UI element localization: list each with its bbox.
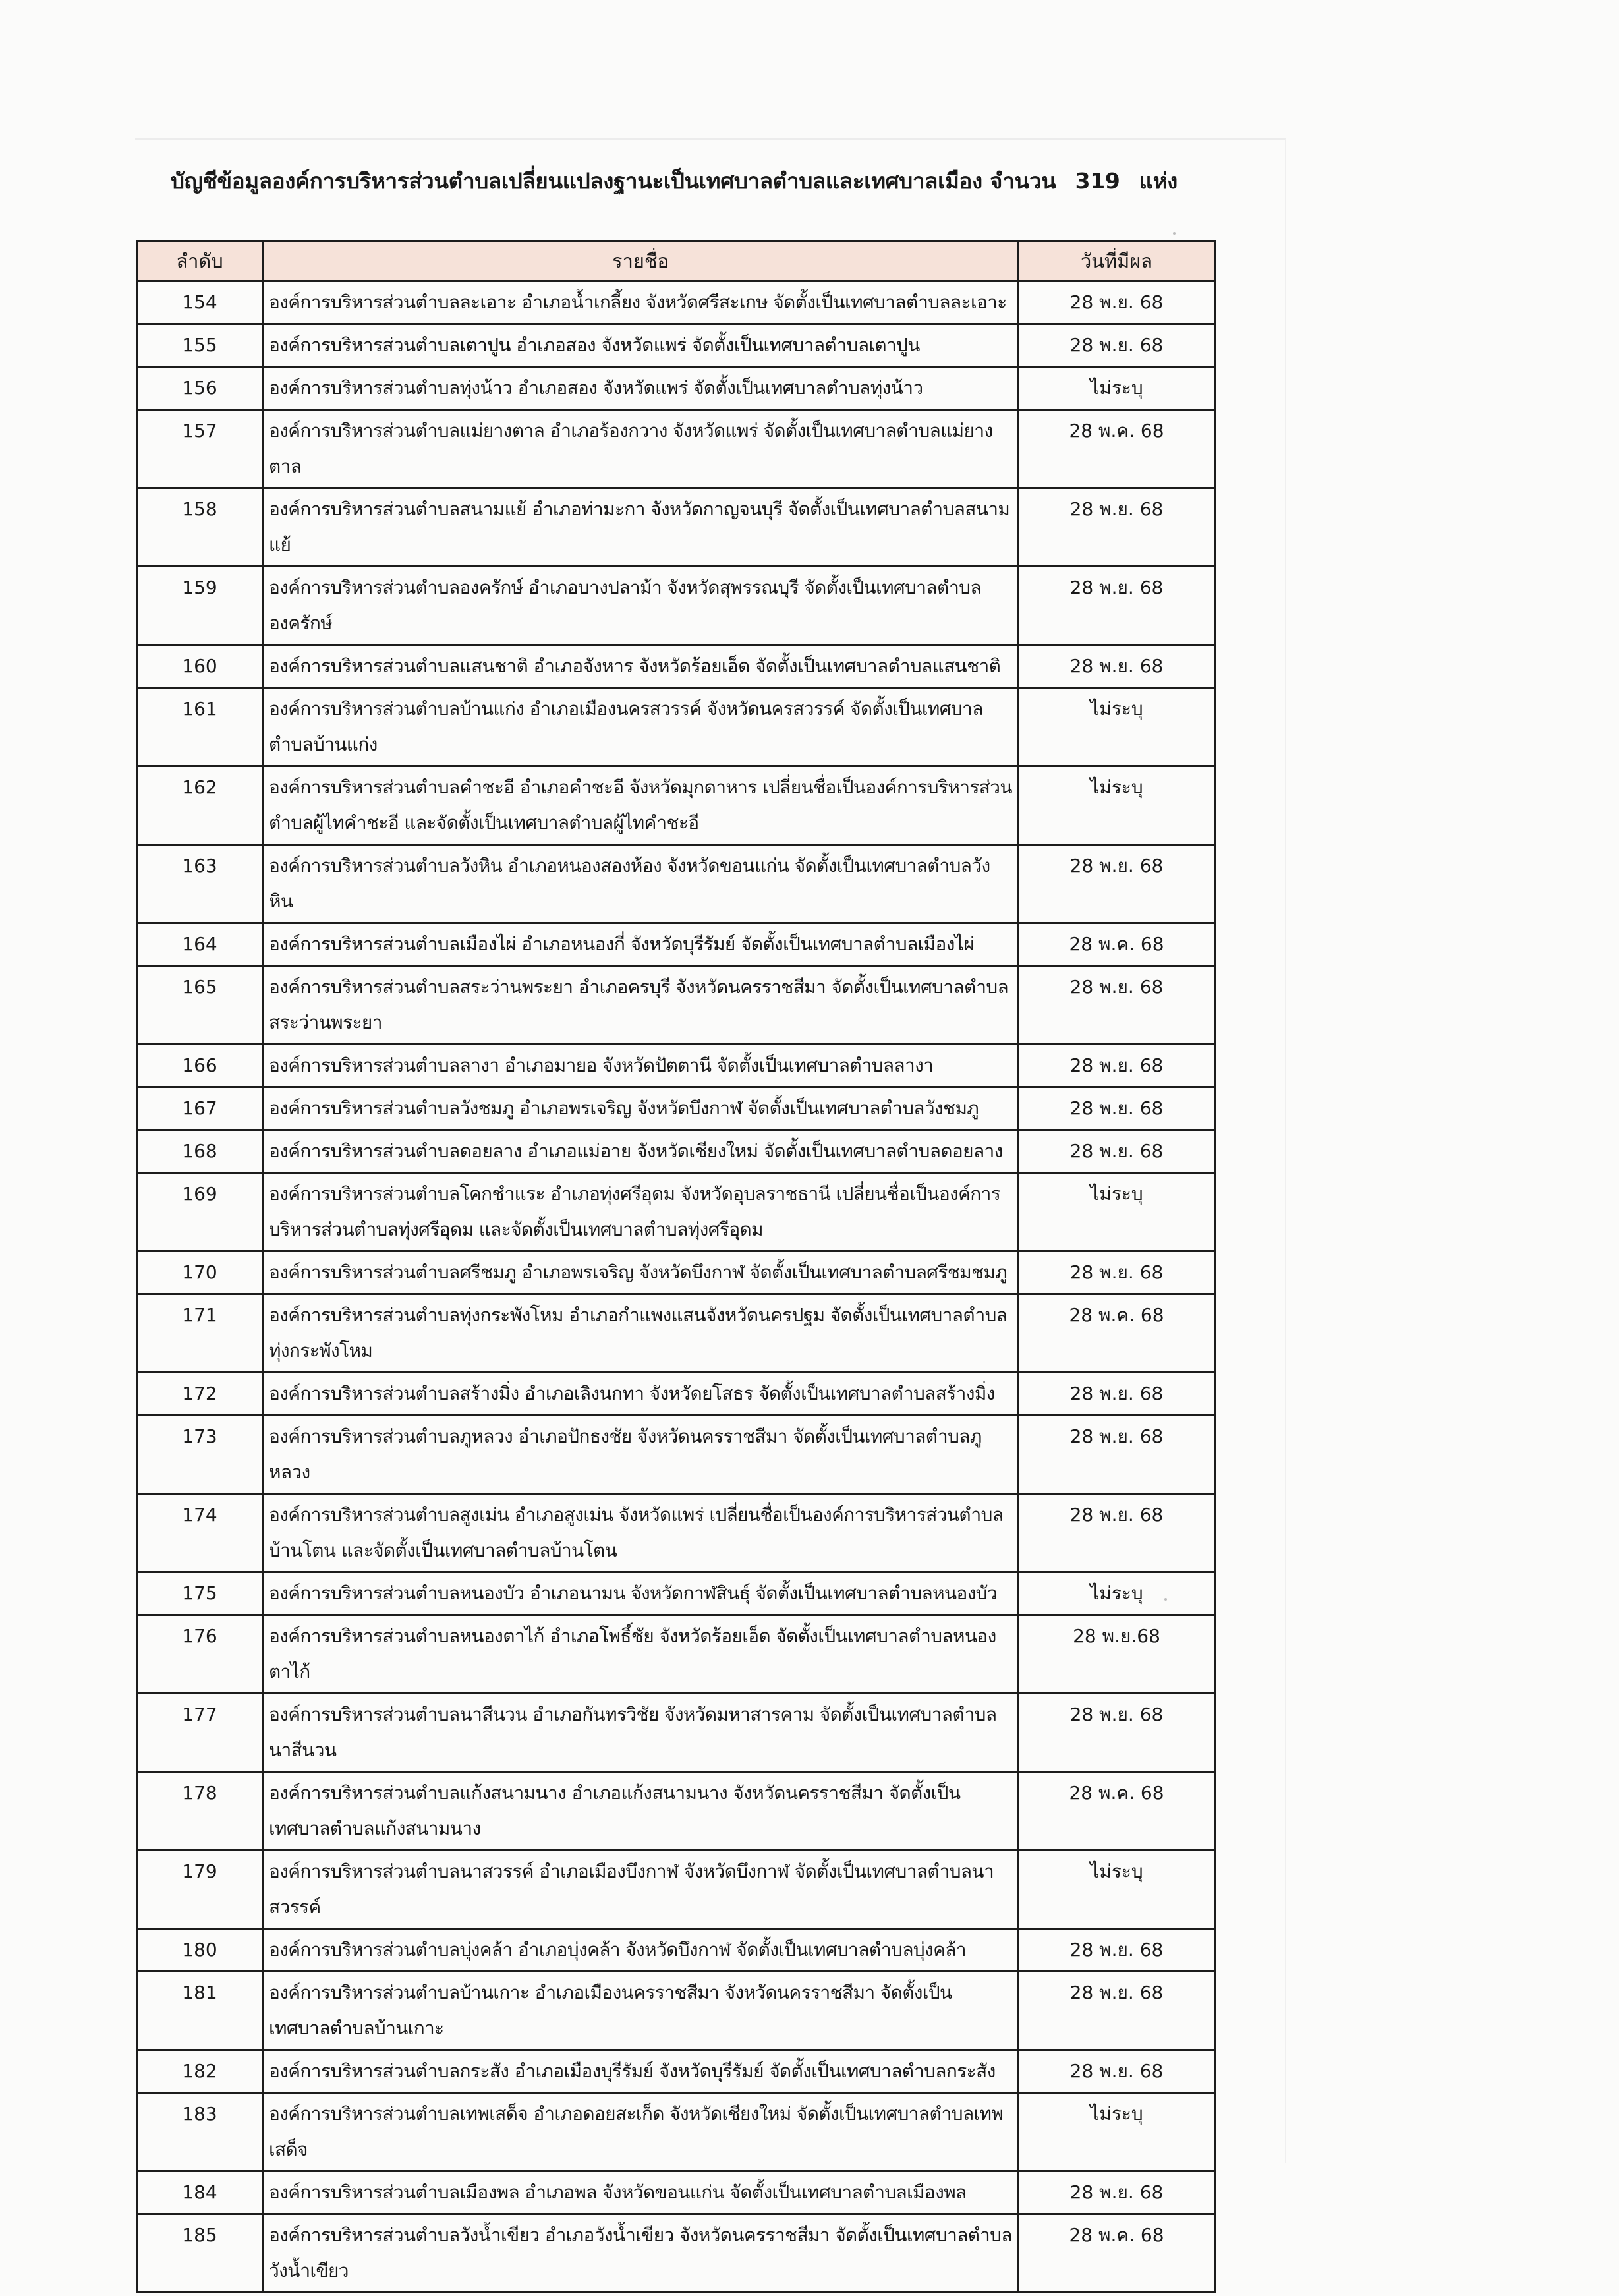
row-effective-date: 28 พ.ย. 68 [1019, 966, 1215, 1045]
row-name: องค์การบริหารส่วนตำบลบ้านเกาะ อำเภอเมือง… [263, 1972, 1019, 2050]
table-row: 180 องค์การบริหารส่วนตำบลบุ่งคล้า อำเภอบ… [137, 1929, 1215, 1972]
table-row: 176 องค์การบริหารส่วนตำบลหนองตาไก้ อำเภอ… [137, 1615, 1215, 1694]
row-effective-date: ไม่ระบุ [1019, 1851, 1215, 1929]
row-effective-date: 28 พ.ย. 68 [1019, 281, 1215, 324]
title-suffix: แห่ง [1139, 168, 1178, 194]
row-number: 157 [137, 410, 263, 488]
row-effective-date: 28 พ.ย. 68 [1019, 1494, 1215, 1572]
row-effective-date: 28 พ.ย. 68 [1019, 1929, 1215, 1972]
row-number: 172 [137, 1373, 263, 1416]
row-name: องค์การบริหารส่วนตำบลเตาปูน อำเภอสอง จัง… [263, 324, 1019, 367]
row-effective-date: 28 พ.ย.68 [1019, 1615, 1215, 1694]
table-row: 184 องค์การบริหารส่วนตำบลเมืองพล อำเภอพล… [137, 2171, 1215, 2214]
table-row: 179 องค์การบริหารส่วนตำบลนาสวรรค์ อำเภอเ… [137, 1851, 1215, 1929]
table-row: 177 องค์การบริหารส่วนตำบลนาสีนวน อำเภอกั… [137, 1694, 1215, 1772]
row-name: องค์การบริหารส่วนตำบลละเอาะ อำเภอน้ำเกลี… [263, 281, 1019, 324]
row-name: องค์การบริหารส่วนตำบลนาสีนวน อำเภอกันทรว… [263, 1694, 1019, 1772]
row-number: 184 [137, 2171, 263, 2214]
row-name: องค์การบริหารส่วนตำบลโคกชำแระ อำเภอทุ่งศ… [263, 1173, 1019, 1251]
row-effective-date: 28 พ.ย. 68 [1019, 324, 1215, 367]
scan-speck [1173, 232, 1176, 235]
table-row: 167 องค์การบริหารส่วนตำบลวังชมภู อำเภอพร… [137, 1087, 1215, 1130]
table-row: 173 องค์การบริหารส่วนตำบลภูหลวง อำเภอปัก… [137, 1416, 1215, 1494]
row-number: 162 [137, 766, 263, 845]
row-name: องค์การบริหารส่วนตำบลเทพเสด็จ อำเภอดอยสะ… [263, 2093, 1019, 2171]
row-number: 164 [137, 923, 263, 966]
table-row: 163 องค์การบริหารส่วนตำบลวังหิน อำเภอหนอ… [137, 845, 1215, 923]
row-name: องค์การบริหารส่วนตำบลบ้านแก่ง อำเภอเมือง… [263, 688, 1019, 766]
table-row: 178 องค์การบริหารส่วนตำบลแก้งสนามนาง อำเ… [137, 1772, 1215, 1851]
table-row: 181 องค์การบริหารส่วนตำบลบ้านเกาะ อำเภอเ… [137, 1972, 1215, 2050]
row-name: องค์การบริหารส่วนตำบลวังชมภู อำเภอพรเจริ… [263, 1087, 1019, 1130]
column-header-name: รายชื่อ [263, 241, 1019, 281]
row-number: 165 [137, 966, 263, 1045]
table-row: 155 องค์การบริหารส่วนตำบลเตาปูน อำเภอสอง… [137, 324, 1215, 367]
row-number: 167 [137, 1087, 263, 1130]
column-header-date: วันที่มีผล [1019, 241, 1215, 281]
row-number: 158 [137, 488, 263, 567]
table-row: 164 องค์การบริหารส่วนตำบลเมืองไผ่ อำเภอห… [137, 923, 1215, 966]
table-row: 182 องค์การบริหารส่วนตำบลกระสัง อำเภอเมื… [137, 2050, 1215, 2093]
row-effective-date: 28 พ.ค. 68 [1019, 410, 1215, 488]
table-row: 170 องค์การบริหารส่วนตำบลศรีชมภู อำเภอพร… [137, 1251, 1215, 1294]
row-number: 177 [137, 1694, 263, 1772]
table-row: 158 องค์การบริหารส่วนตำบลสนามแย้ อำเภอท่… [137, 488, 1215, 567]
table-row: 171 องค์การบริหารส่วนตำบลทุ่งกระพังโหม อ… [137, 1294, 1215, 1373]
row-name: องค์การบริหารส่วนตำบลบุ่งคล้า อำเภอบุ่งค… [263, 1929, 1019, 1972]
row-number: 161 [137, 688, 263, 766]
row-effective-date: 28 พ.ย. 68 [1019, 1694, 1215, 1772]
table-row: 165 องค์การบริหารส่วนตำบลสระว่านพระยา อำ… [137, 966, 1215, 1045]
row-number: 159 [137, 567, 263, 645]
row-name: องค์การบริหารส่วนตำบลวังน้ำเขียว อำเภอวั… [263, 2214, 1019, 2293]
scan-speck [1164, 1598, 1167, 1601]
row-effective-date: ไม่ระบุ [1019, 766, 1215, 845]
row-number: 171 [137, 1294, 263, 1373]
table-row: 156 องค์การบริหารส่วนตำบลทุ่งน้าว อำเภอส… [137, 367, 1215, 410]
row-number: 169 [137, 1173, 263, 1251]
row-effective-date: ไม่ระบุ [1019, 688, 1215, 766]
title-count: 319 [1075, 168, 1120, 194]
row-name: องค์การบริหารส่วนตำบลเมืองไผ่ อำเภอหนองก… [263, 923, 1019, 966]
row-name: องค์การบริหารส่วนตำบลศรีชมภู อำเภอพรเจริ… [263, 1251, 1019, 1294]
row-effective-date: 28 พ.ย. 68 [1019, 845, 1215, 923]
row-effective-date: 28 พ.ย. 68 [1019, 1130, 1215, 1173]
row-number: 180 [137, 1929, 263, 1972]
row-effective-date: 28 พ.ค. 68 [1019, 1294, 1215, 1373]
row-number: 160 [137, 645, 263, 688]
row-effective-date: ไม่ระบุ [1019, 1173, 1215, 1251]
document-title: บัญชีข้อมูลองค์การบริหารส่วนตำบลเปลี่ยนแ… [136, 163, 1212, 198]
row-number: 170 [137, 1251, 263, 1294]
row-name: องค์การบริหารส่วนตำบลแม่ยางตาล อำเภอร้อง… [263, 410, 1019, 488]
title-prefix: บัญชีข้อมูลองค์การบริหารส่วนตำบลเปลี่ยนแ… [171, 168, 1056, 194]
row-number: 176 [137, 1615, 263, 1694]
row-name: องค์การบริหารส่วนตำบลหนองบัว อำเภอนามน จ… [263, 1572, 1019, 1615]
row-name: องค์การบริหารส่วนตำบลหนองตาไก้ อำเภอโพธิ… [263, 1615, 1019, 1694]
row-name: องค์การบริหารส่วนตำบลแสนชาติ อำเภอจังหาร… [263, 645, 1019, 688]
row-number: 156 [137, 367, 263, 410]
row-number: 155 [137, 324, 263, 367]
row-number: 181 [137, 1972, 263, 2050]
row-effective-date: 28 พ.ค. 68 [1019, 923, 1215, 966]
row-number: 183 [137, 2093, 263, 2171]
row-name: องค์การบริหารส่วนตำบลทุ่งกระพังโหม อำเภอ… [263, 1294, 1019, 1373]
table-row: 183 องค์การบริหารส่วนตำบลเทพเสด็จ อำเภอด… [137, 2093, 1215, 2171]
row-effective-date: ไม่ระบุ [1019, 2093, 1215, 2171]
row-number: 185 [137, 2214, 263, 2293]
row-name: องค์การบริหารส่วนตำบลลางา อำเภอมายอ จังห… [263, 1045, 1019, 1087]
row-name: องค์การบริหารส่วนตำบลภูหลวง อำเภอปักธงชั… [263, 1416, 1019, 1494]
row-name: องค์การบริหารส่วนตำบลสระว่านพระยา อำเภอค… [263, 966, 1019, 1045]
table-row: 174 องค์การบริหารส่วนตำบลสูงเม่น อำเภอสู… [137, 1494, 1215, 1572]
row-number: 168 [137, 1130, 263, 1173]
table-row: 169 องค์การบริหารส่วนตำบลโคกชำแระ อำเภอท… [137, 1173, 1215, 1251]
row-effective-date: 28 พ.ย. 68 [1019, 1045, 1215, 1087]
row-name: องค์การบริหารส่วนตำบลสร้างมิ่ง อำเภอเลิง… [263, 1373, 1019, 1416]
table-row: 175 องค์การบริหารส่วนตำบลหนองบัว อำเภอนา… [137, 1572, 1215, 1615]
row-effective-date: 28 พ.ย. 68 [1019, 1373, 1215, 1416]
row-name: องค์การบริหารส่วนตำบลองครักษ์ อำเภอบางปล… [263, 567, 1019, 645]
row-number: 166 [137, 1045, 263, 1087]
row-effective-date: 28 พ.ย. 68 [1019, 1416, 1215, 1494]
table-row: 161 องค์การบริหารส่วนตำบลบ้านแก่ง อำเภอเ… [137, 688, 1215, 766]
row-name: องค์การบริหารส่วนตำบลทุ่งน้าว อำเภอสอง จ… [263, 367, 1019, 410]
row-name: องค์การบริหารส่วนตำบลเมืองพล อำเภอพล จัง… [263, 2171, 1019, 2214]
row-effective-date: ไม่ระบุ [1019, 367, 1215, 410]
row-name: องค์การบริหารส่วนตำบลคำชะอี อำเภอคำชะอี … [263, 766, 1019, 845]
row-number: 173 [137, 1416, 263, 1494]
row-effective-date: 28 พ.ค. 68 [1019, 1772, 1215, 1851]
table-row: 159 องค์การบริหารส่วนตำบลองครักษ์ อำเภอบ… [137, 567, 1215, 645]
row-name: องค์การบริหารส่วนตำบลนาสวรรค์ อำเภอเมือง… [263, 1851, 1019, 1929]
row-effective-date: 28 พ.ย. 68 [1019, 2171, 1215, 2214]
table-row: 185 องค์การบริหารส่วนตำบลวังน้ำเขียว อำเ… [137, 2214, 1215, 2293]
row-name: องค์การบริหารส่วนตำบลสนามแย้ อำเภอท่ามะก… [263, 488, 1019, 567]
row-number: 178 [137, 1772, 263, 1851]
table-row: 162 องค์การบริหารส่วนตำบลคำชะอี อำเภอคำช… [137, 766, 1215, 845]
row-name: องค์การบริหารส่วนตำบลวังหิน อำเภอหนองสอง… [263, 845, 1019, 923]
row-name: องค์การบริหารส่วนตำบลแก้งสนามนาง อำเภอแก… [263, 1772, 1019, 1851]
row-effective-date: 28 พ.ย. 68 [1019, 1251, 1215, 1294]
table-header-row: ลำดับ รายชื่อ วันที่มีผล [137, 241, 1215, 281]
row-number: 182 [137, 2050, 263, 2093]
row-number: 175 [137, 1572, 263, 1615]
column-header-no: ลำดับ [137, 241, 263, 281]
row-number: 163 [137, 845, 263, 923]
table-row: 168 องค์การบริหารส่วนตำบลดอยลาง อำเภอแม่… [137, 1130, 1215, 1173]
row-effective-date: 28 พ.ย. 68 [1019, 1087, 1215, 1130]
row-effective-date: 28 พ.ค. 68 [1019, 2214, 1215, 2293]
row-effective-date: 28 พ.ย. 68 [1019, 567, 1215, 645]
table-row: 166 องค์การบริหารส่วนตำบลลางา อำเภอมายอ … [137, 1045, 1215, 1087]
row-name: องค์การบริหารส่วนตำบลสูงเม่น อำเภอสูงเม่… [263, 1494, 1019, 1572]
row-effective-date: ไม่ระบุ [1019, 1572, 1215, 1615]
row-effective-date: 28 พ.ย. 68 [1019, 645, 1215, 688]
table-row: 157 องค์การบริหารส่วนตำบลแม่ยางตาล อำเภอ… [137, 410, 1215, 488]
row-name: องค์การบริหารส่วนตำบลดอยลาง อำเภอแม่อาย … [263, 1130, 1019, 1173]
row-effective-date: 28 พ.ย. 68 [1019, 2050, 1215, 2093]
table-row: 172 องค์การบริหารส่วนตำบลสร้างมิ่ง อำเภอ… [137, 1373, 1215, 1416]
table-row: 154 องค์การบริหารส่วนตำบลละเอาะ อำเภอน้ำ… [137, 281, 1215, 324]
row-effective-date: 28 พ.ย. 68 [1019, 1972, 1215, 2050]
municipality-table: ลำดับ รายชื่อ วันที่มีผล 154 องค์การบริห… [136, 240, 1216, 2293]
table-row: 160 องค์การบริหารส่วนตำบลแสนชาติ อำเภอจั… [137, 645, 1215, 688]
row-number: 179 [137, 1851, 263, 1929]
row-number: 154 [137, 281, 263, 324]
row-effective-date: 28 พ.ย. 68 [1019, 488, 1215, 567]
row-number: 174 [137, 1494, 263, 1572]
row-name: องค์การบริหารส่วนตำบลกระสัง อำเภอเมืองบุ… [263, 2050, 1019, 2093]
table-body: 154 องค์การบริหารส่วนตำบลละเอาะ อำเภอน้ำ… [137, 281, 1215, 2293]
